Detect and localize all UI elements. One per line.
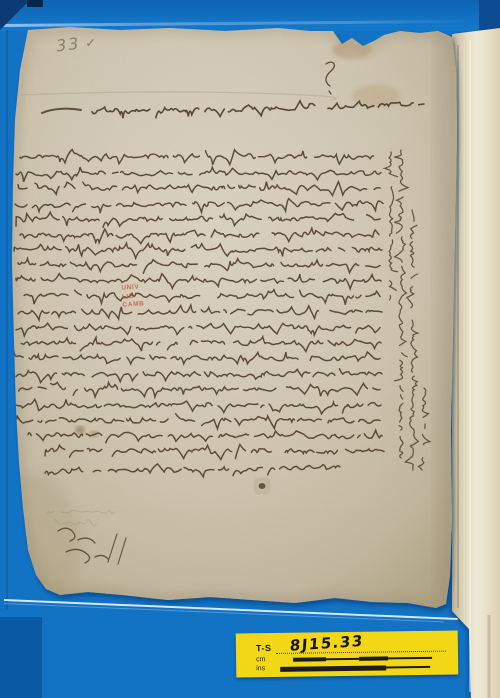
library-stamp: UNIV LIB CAMB (121, 283, 145, 310)
classmark-dotted-line: 8J15.33 (275, 634, 446, 654)
folio-checkmark: ✓ (85, 36, 98, 51)
classmark-label: T-S 8J15.33 cm ins (236, 630, 459, 677)
conjoint-leaf-edge (452, 28, 500, 698)
photo-frame: 33✓ UNIV LIB CAMB T-S 8J15.33 cm ins (0, 0, 500, 698)
manuscript-artwork (0, 0, 500, 698)
ins-unit-label: ins (256, 666, 271, 672)
stamp-line: CAMB (122, 300, 144, 310)
cm-unit-label: cm (256, 657, 271, 663)
classmark-value: 8J15.33 (289, 632, 364, 655)
cm-scale-bar (293, 655, 432, 663)
ins-scale-bar (280, 664, 430, 672)
folio-number-value: 33 (55, 34, 81, 56)
classmark-prefix: T-S (256, 643, 272, 654)
paper-texture (0, 0, 500, 698)
